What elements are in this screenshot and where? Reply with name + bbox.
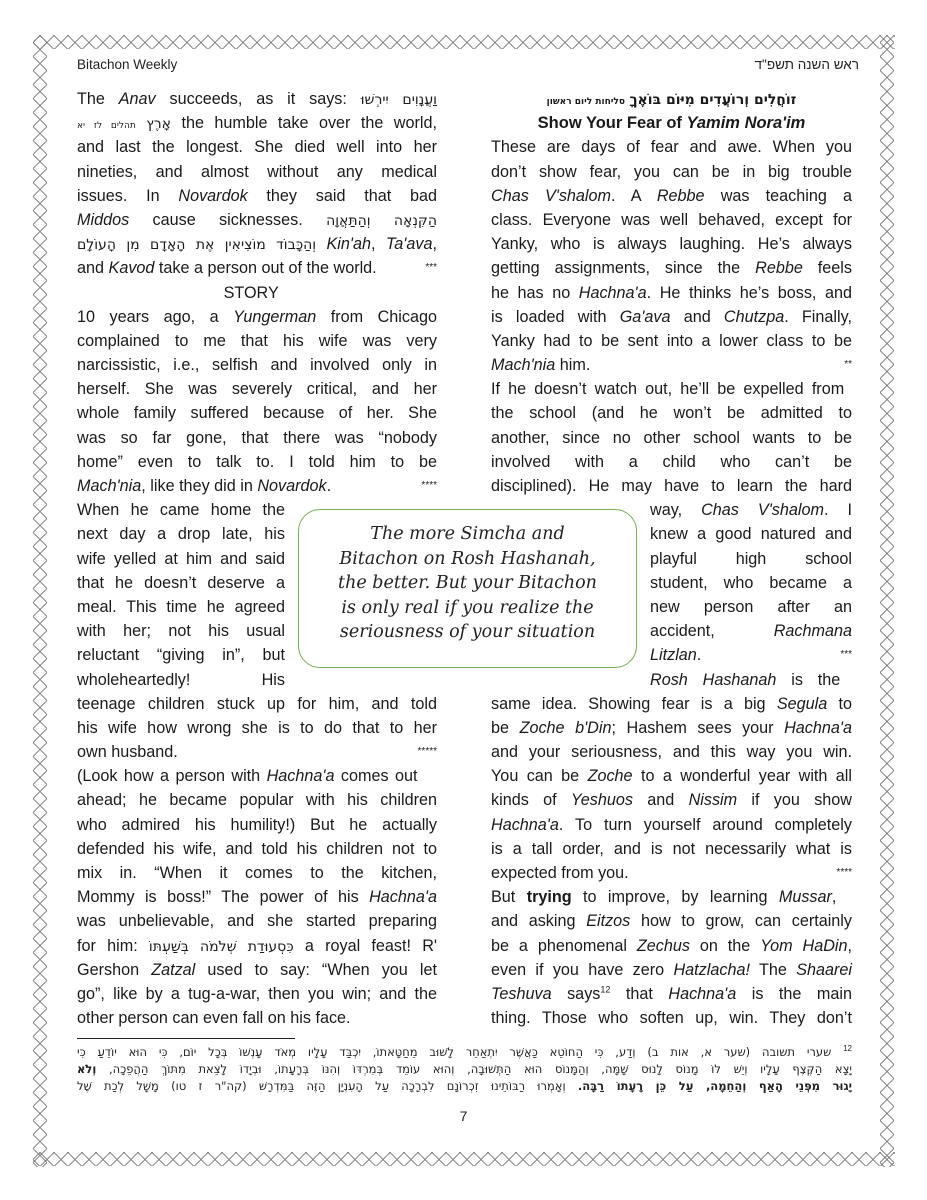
text-line: wholeheartedly! His — [77, 668, 285, 692]
text-line: is a tall order, and is not necessarily … — [491, 837, 852, 861]
text-line: that he doesn’t deserve a — [77, 571, 285, 595]
text-line: is loaded with Ga'ava and Chutzpa. Final… — [491, 305, 852, 329]
text-line: be a phenomenal Zechus on the Yom HaDin, — [491, 934, 852, 958]
decorative-border-bottom — [33, 1152, 895, 1166]
text-line: own husband.***** — [77, 740, 437, 764]
text-line: another, since no other school wants to … — [491, 426, 852, 450]
hebrew-title: זוֹחֲלִים וְרוֹעֲדִים מִיּוֹם בּוֹאֶךָ ס… — [491, 87, 852, 111]
text-line: mix in. “When it comes to the kitchen, — [77, 861, 437, 885]
text-line: Rosh Hashanah is the — [650, 668, 852, 692]
section-separator: **** — [836, 861, 852, 885]
text-line: meal. This time he agreed — [77, 595, 285, 619]
text-line: Teshuva says12 that Hachna'a is the main — [491, 982, 852, 1006]
text-line: The Anav succeeds, as it says: וַעֲנָוִי… — [77, 87, 437, 111]
footnote-divider — [77, 1038, 295, 1039]
text-line: You can be Zoche to a wonderful year wit… — [491, 764, 852, 788]
text-line: These are days of fear and awe. When you — [491, 135, 852, 159]
story-heading: STORY — [77, 281, 437, 305]
text-line: Hachna'a. To turn yourself around comple… — [491, 813, 852, 837]
text-line: thing. Those who soften up, win. They do… — [491, 1006, 852, 1030]
footnote-line: יָצָא הַקֶּצֶף עָלָיו וְיֵשׁ לוֹ מָנוֹס … — [77, 1061, 852, 1078]
text-line: be Zoche b'Din; Hashem sees your Hachna'… — [491, 716, 852, 740]
pull-quote-callout: The more Simcha and Bitachon on Rosh Has… — [298, 509, 637, 668]
decorative-border-top — [33, 35, 895, 49]
footnote-line: יָגוּר מִפְּנֵי הָאַף וְהַחֵמָה, עַל כֵּ… — [77, 1078, 852, 1095]
callout-line: is only real if you realize the — [299, 596, 636, 621]
text-line: narcissistic, i.e., selfish and involved… — [77, 353, 437, 377]
text-line: whole family suffered because of her. Sh… — [77, 401, 437, 425]
section-separator: *** — [840, 643, 852, 667]
text-line: Litzlan.*** — [650, 643, 852, 667]
hebrew-date: ראש השנה תשפ"ד — [755, 57, 859, 72]
callout-line: Bitachon on Rosh Hashanah, — [299, 547, 636, 572]
text-line: expected from you.**** — [491, 861, 852, 885]
text-line: same idea. Showing fear is a big Segula … — [491, 692, 852, 716]
callout-line: the better. But your Bitachon — [299, 571, 636, 596]
text-line: Mach'nia him.** — [491, 353, 852, 377]
publication-name: Bitachon Weekly — [77, 57, 177, 72]
section-separator: ***** — [418, 740, 437, 764]
text-line: Gershon Zatzal used to say: “When you le… — [77, 958, 437, 982]
text-line: involved with a child who can’t be — [491, 450, 852, 474]
text-line: the school (and he won’t be admitted to — [491, 401, 852, 425]
text-line: home” even to talk to. I told him to be — [77, 450, 437, 474]
text-line: don’t show fear, you can be in big troub… — [491, 160, 852, 184]
text-line: and last the longest. She died well into… — [77, 135, 437, 159]
text-line: was so far gone, that there was “nobody — [77, 426, 437, 450]
text-line: disciplined). He may have to learn the h… — [491, 474, 852, 498]
text-line: אָרֶץ תהלים לז יא the humble take over t… — [77, 111, 437, 135]
footnote: 12 שערי תשובה (שער א, אות ב) וְדַע, כִּי… — [77, 1044, 852, 1095]
text-line: issues. In Novardok they said that bad — [77, 184, 437, 208]
text-line: who admired his humility!) But he actual… — [77, 813, 437, 837]
text-line: for him: כִּסְעוּדַת שְׁלֹמֹה בְּשַׁעְתּ… — [77, 934, 437, 958]
text-line: If he doesn’t watch out, he’ll be expell… — [491, 377, 852, 401]
text-line: ahead; he became popular with his childr… — [77, 788, 437, 812]
text-line: Yanky had to be sent into a lower class … — [491, 329, 852, 353]
text-line: student, who became a — [650, 571, 852, 595]
section-separator: ** — [844, 353, 852, 377]
decorative-border-right — [880, 35, 894, 1167]
text-line: with her; not his usual — [77, 619, 285, 643]
text-line: kinds of Yeshuos and Nissim if you show — [491, 788, 852, 812]
text-line: new person after an — [650, 595, 852, 619]
text-line: and Kavod take a person out of the world… — [77, 256, 437, 280]
text-line: defended his wife, and told his children… — [77, 837, 437, 861]
page-header: Bitachon Weekly ראש השנה תשפ"ד — [77, 57, 859, 75]
text-line: knew a good natured and — [650, 522, 852, 546]
text-line: and your seriousness, and this way you w… — [491, 740, 852, 764]
text-line: וְהַכָּבוֹד מוֹצִיאִין אֶת הָאָדָם מִן ה… — [77, 232, 437, 256]
text-line: accident, Rachmana — [650, 619, 852, 643]
text-line: and asking Eitzos how to grow, can certa… — [491, 909, 852, 933]
text-line: wife yelled at him and said — [77, 547, 285, 571]
text-line: herself. She was severely critical, and … — [77, 377, 437, 401]
text-line: 10 years ago, a Yungerman from Chicago — [77, 305, 437, 329]
text-line: complained to me that his wife was very — [77, 329, 437, 353]
text-line: Mach'nia, like they did in Novardok.**** — [77, 474, 437, 498]
text-line: go”, like by a tug-a-war, then you win; … — [77, 982, 437, 1006]
callout-line: The more Simcha and — [299, 522, 636, 547]
text-line: his wife how wrong she is to do that to … — [77, 716, 437, 740]
text-line: teenage children stuck up for him, and t… — [77, 692, 437, 716]
footnote-number: 12 — [843, 1044, 852, 1053]
page-number: 7 — [0, 1108, 927, 1124]
text-line: reluctant “giving in”, but — [77, 643, 285, 667]
text-line: Yanky, who is always laughing. He’s alwa… — [491, 232, 852, 256]
text-line: (Look how a person with Hachna'a comes o… — [77, 764, 437, 788]
text-line: way, Chas V'shalom. I — [650, 498, 852, 522]
text-line: next day a drop late, his — [77, 522, 285, 546]
text-line: he has no Hachna'a. He thinks he’s boss,… — [491, 281, 852, 305]
callout-line: seriousness of your situation — [299, 620, 636, 645]
section-separator: **** — [421, 474, 437, 498]
text-line: nineties, and almost without any medical — [77, 160, 437, 184]
article-title: Show Your Fear of Yamim Nora'im — [491, 111, 852, 135]
section-separator: *** — [425, 256, 437, 280]
footnote-reference[interactable]: 12 — [600, 985, 610, 995]
text-line: Chas V'shalom. A Rebbe was teaching a — [491, 184, 852, 208]
text-line: getting assignments, since the Rebbe fee… — [491, 256, 852, 280]
text-line: even if you have zero Hatzlacha! The Sha… — [491, 958, 852, 982]
footnote-line: 12 שערי תשובה (שער א, אות ב) וְדַע, כִּי… — [77, 1044, 852, 1061]
text-line: class. Everyone was well behaved, except… — [491, 208, 852, 232]
text-line: was unbelievable, and she started prepar… — [77, 909, 437, 933]
decorative-border-left — [33, 35, 47, 1167]
text-line: When he came home the — [77, 498, 285, 522]
text-line: other person can even fall on his face. — [77, 1006, 437, 1030]
text-line: playful high school — [650, 547, 852, 571]
text-line: But trying to improve, by learning Mussa… — [491, 885, 852, 909]
text-line: Mommy is boss!” The power of his Hachna'… — [77, 885, 437, 909]
text-line: Middos cause sicknesses. הַקִּנְאָה וְהַ… — [77, 208, 437, 232]
